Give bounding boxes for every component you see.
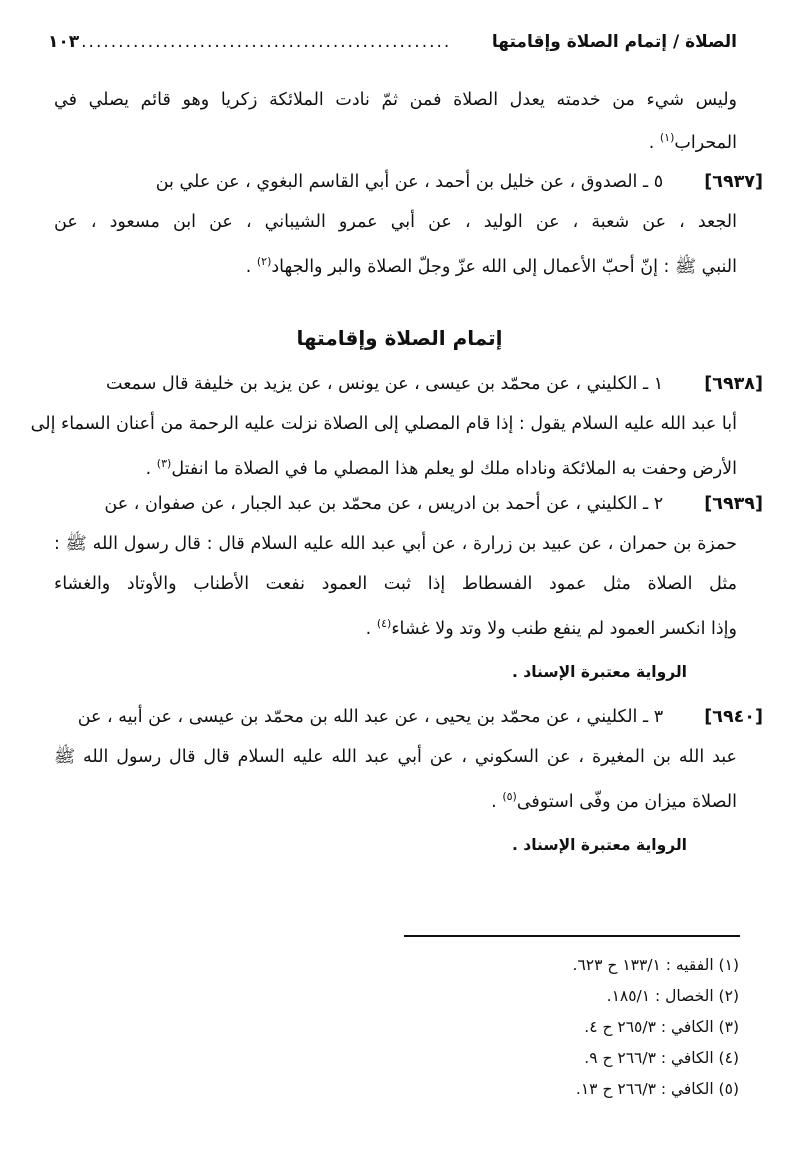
hadith-number: [٦٩٣٧] <box>704 172 763 192</box>
header-title: الصلاة / إتمام الصلاة وإقامتها <box>492 32 737 52</box>
period: . <box>649 133 655 153</box>
footnote-3: (٣) الكافي : ٢٦٥/٣ ح ٤. <box>584 1016 739 1038</box>
intro-text: المحراب <box>674 133 737 153</box>
header-leader-dots: ........................................… <box>81 32 490 52</box>
footnote-1: (١) الفقيه : ١٣٣/١ ح ٦٢٣. <box>573 954 739 976</box>
hadith-6937-line-1: [٦٩٣٧] ٥ ـ الصدوق ، عن خليل بن أحمد ، عن… <box>54 170 763 194</box>
hadith-index: ١ ـ <box>643 374 663 394</box>
footnote-ref-5[interactable]: (٥) <box>502 790 517 803</box>
period: . <box>146 459 152 479</box>
footnote-5: (٥) الكافي : ٢٦٦/٣ ح ١٣. <box>576 1078 739 1100</box>
intro-line-1: وليس شيء من خدمته يعدل الصلاة فمن ثمّ نا… <box>54 88 737 112</box>
footnote-4: (٤) الكافي : ٢٦٦/٣ ح ٩. <box>584 1047 739 1069</box>
hadith-6940-grading: الرواية معتبرة الإسناد . <box>512 833 687 857</box>
footnote-divider <box>404 935 740 937</box>
footnote-ref-2[interactable]: (٢) <box>257 255 272 268</box>
footnote-ref-4[interactable]: (٤) <box>377 617 392 630</box>
hadith-text: الكليني ، عن أحمد بن ادريس ، عن محمّد بن… <box>104 494 637 514</box>
hadith-6939-line-3: مثل الصلاة مثل عمود الفسطاط إذا ثبت العم… <box>54 572 737 596</box>
section-heading: إتمام الصلاة وإقامتها <box>0 326 799 350</box>
hadith-6939-grading: الرواية معتبرة الإسناد . <box>512 660 687 684</box>
hadith-number: [٦٩٣٩] <box>704 494 763 514</box>
hadith-text: الأرض وحفت به الملائكة وناداه ملك لو يعل… <box>171 459 737 479</box>
footnote-2: (٢) الخصال : ١٨٥/١. <box>607 985 739 1007</box>
hadith-text: وإذا انكسر العمود لم ينفع طنب ولا وتد ول… <box>391 619 737 639</box>
hadith-number: [٦٩٤٠] <box>704 707 763 727</box>
hadith-text: النبي ﷺ : إنّ أحبّ الأعمال إلى الله عزّ … <box>271 257 737 277</box>
hadith-index: ٢ ـ <box>643 494 663 514</box>
period: . <box>491 792 497 812</box>
hadith-6939-line-1: [٦٩٣٩] ٢ ـ الكليني ، عن أحمد بن ادريس ، … <box>54 492 763 516</box>
hadith-6940-line-1: [٦٩٤٠] ٣ ـ الكليني ، عن محمّد بن يحيى ، … <box>54 705 763 729</box>
hadith-6938-line-1: [٦٩٣٨] ١ ـ الكليني ، عن محمّد بن عيسى ، … <box>54 372 763 396</box>
period: . <box>246 257 252 277</box>
hadith-6938-line-2: أبا عبد الله عليه السلام يقول : إذا قام … <box>54 412 737 436</box>
hadith-6940-line-2: عبد الله بن المغيرة ، عن السكوني ، عن أب… <box>54 745 737 769</box>
hadith-index: ٥ ـ <box>643 172 663 192</box>
hadith-text: الكليني ، عن محمّد بن يحيى ، عن عبد الله… <box>78 707 638 727</box>
intro-line-2: المحراب(١) . <box>649 126 737 155</box>
hadith-index: ٣ ـ <box>643 707 663 727</box>
hadith-6939-line-2: حمزة بن حمران ، عن عبيد بن زرارة ، عن أب… <box>54 532 737 556</box>
period: . <box>366 619 372 639</box>
book-page: الصلاة / إتمام الصلاة وإقامتها .........… <box>0 0 799 1159</box>
hadith-6937-line-2: الجعد ، عن شعبة ، عن الوليد ، عن أبي عمر… <box>54 210 737 234</box>
hadith-text: الكليني ، عن محمّد بن عيسى ، عن يونس ، ع… <box>106 374 637 394</box>
hadith-6940-line-3: الصلاة ميزان من وفّى استوفى(٥) . <box>491 785 737 814</box>
hadith-6938-line-3: الأرض وحفت به الملائكة وناداه ملك لو يعل… <box>146 452 737 481</box>
page-number: ١٠٣ <box>48 32 79 52</box>
footnote-ref-1[interactable]: (١) <box>660 131 675 144</box>
hadith-text: الصدوق ، عن خليل بن أحمد ، عن أبي القاسم… <box>156 172 638 192</box>
hadith-6937-line-3: النبي ﷺ : إنّ أحبّ الأعمال إلى الله عزّ … <box>246 250 737 279</box>
footnote-ref-3[interactable]: (٣) <box>157 457 172 470</box>
running-header: الصلاة / إتمام الصلاة وإقامتها .........… <box>48 22 737 52</box>
hadith-text: الصلاة ميزان من وفّى استوفى <box>517 792 737 812</box>
hadith-number: [٦٩٣٨] <box>704 374 763 394</box>
hadith-6939-line-4: وإذا انكسر العمود لم ينفع طنب ولا وتد ول… <box>366 612 737 641</box>
